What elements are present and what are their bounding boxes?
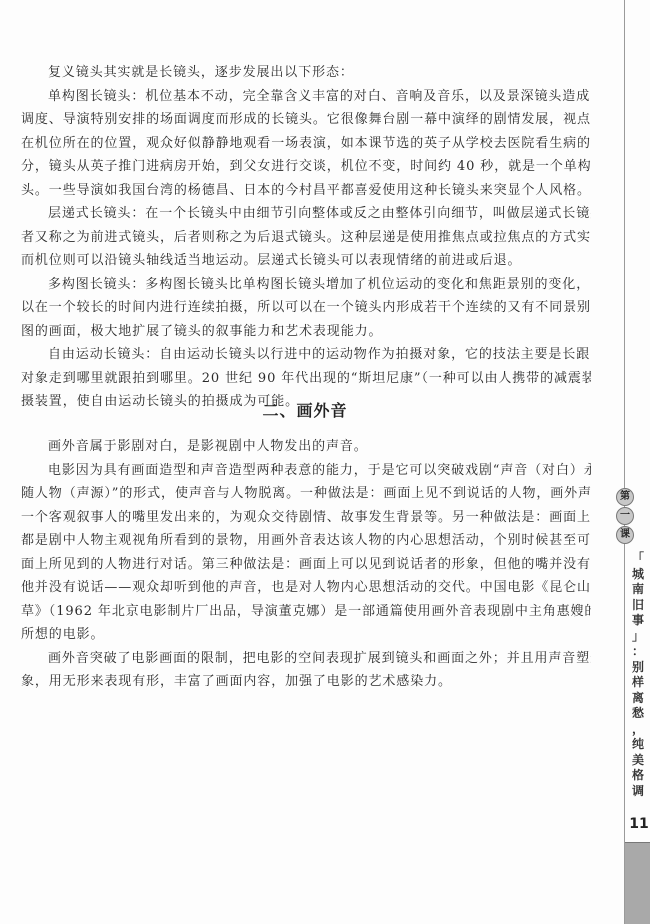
page-number: 11 xyxy=(628,816,650,832)
paragraph-techniques-line: 一个客观叙事人的嘴里发出来的，为观众交待剧情、故事发生背景等。另一种做法是：画面… xyxy=(21,506,591,530)
page-edge-thumb-tab xyxy=(625,842,650,924)
title-char: 「 xyxy=(631,551,645,567)
textbook-page: 复义镜头其实就是长镜头，逐步发展出以下形态： 单构图长镜头：机位基本不动，完全靠… xyxy=(0,0,650,924)
section-heading: 二、画外音 xyxy=(0,398,610,421)
paragraph-techniques-line: 面上所见到的人物进行对话。第三种做法是：画面上可以见到说话者的形象，但他的嘴并没… xyxy=(21,553,591,577)
title-char: 」 xyxy=(631,629,645,645)
paragraph-techniques-line: 电影因为具有画面造型和声音造型两种表意的能力，于是它可以突破戏剧“声音（对白）永… xyxy=(21,459,591,483)
title-char: 调 xyxy=(631,784,645,800)
margin-rule xyxy=(624,0,625,924)
section-offscreen-sound: 画外音属于影剧对白，是影视剧中人物发出的声音。 电影因为具有画面造型和声音造型两… xyxy=(21,435,591,694)
lesson-badge-char: 一 xyxy=(616,507,634,525)
paragraph-conclusion-line: 画外音突破了电影画面的限制，把电影的空间表现扩展到镜头和画面之外；并且用声音塑造… xyxy=(21,647,591,671)
paragraph-techniques-line: 随人物（声源）”的形式，使声音与人物脱离。一种做法是：画面上见不到说话的人物，画… xyxy=(21,482,591,506)
paragraph-techniques-line: 草》（1962 年北京电影制片厂出品，导演董克娜）是一部通篇使用画外音表现剧中主… xyxy=(21,600,591,624)
paragraph-multi-composition-line: 多构图长镜头：多构图长镜头比单构图长镜头增加了机位运动的变化和焦距景别的变化，因… xyxy=(21,273,591,297)
vertical-lesson-title: 「 城 南 旧 事 」 ： 别 样 离 愁 ， 纯 美 格 调 xyxy=(631,551,645,799)
paragraph-single-composition-line: 分，镜头从英子推门进病房开始，到父女进行交谈，机位不变，时间约 40 秒，就是一… xyxy=(21,155,591,179)
paragraph-multi-composition-line: 图的画面，极大地扩展了镜头的叙事能力和艺术表现能力。 xyxy=(21,320,591,344)
paragraph-conclusion-line: 象，用无形来表现有形，丰富了画面内容，加强了电影的艺术感染力。 xyxy=(21,670,591,694)
paragraph-layered-line: 层递式长镜头：在一个长镜头中由细节引向整体或反之由整体引向细节，叫做层递式长镜头… xyxy=(21,202,591,226)
title-char: ， xyxy=(631,722,645,738)
title-char: ： xyxy=(631,644,645,660)
title-char: 美 xyxy=(631,753,645,769)
title-char: 样 xyxy=(631,675,645,691)
paragraph-definition-line: 画外音属于影剧对白，是影视剧中人物发出的声音。 xyxy=(21,435,591,459)
title-char: 事 xyxy=(631,613,645,629)
title-char: 纯 xyxy=(631,737,645,753)
paragraph-free-motion-line: 对象走到哪里就跟拍到哪里。20 世纪 90 年代出现的“斯坦尼康”（一种可以由人… xyxy=(21,367,591,391)
paragraph-single-composition-line: 头。一些导演如我国台湾的杨德昌、日本的今村昌平都喜爱使用这种长镜头来突显个人风格… xyxy=(21,179,591,203)
title-char: 旧 xyxy=(631,598,645,614)
title-char: 格 xyxy=(631,768,645,784)
paragraph-layered-line: 而机位则可以沿镜头轴线适当地运动。层递式长镜头可以表现情绪的前进或后退。 xyxy=(21,249,591,273)
paragraph-single-composition-line: 单构图长镜头：机位基本不动，完全靠含义丰富的对白、音响及音乐，以及景深镜头造成的… xyxy=(21,85,591,109)
paragraph-multi-composition-line: 以在一个较长的时间内进行连续拍摄，所以可以在一个镜头内形成若干个连续的又有不同景… xyxy=(21,296,591,320)
paragraph-techniques-line: 他并没有说话——观众却听到他的声音，也是对人物内心思想活动的交代。中国电影《昆仑… xyxy=(21,576,591,600)
title-char: 别 xyxy=(631,660,645,676)
lesson-badge-char: 第 xyxy=(616,488,634,506)
title-char: 南 xyxy=(631,582,645,598)
paragraph-layered-line: 者又称之为前进式镜头，后者则称之为后退式镜头。这种层递是使用推焦点或拉焦点的方式… xyxy=(21,226,591,250)
paragraph-techniques-line: 所想的电影。 xyxy=(21,623,591,647)
paragraph-techniques-line: 都是剧中人物主观视角所看到的景物，用画外音表达该人物的内心思想活动，个别时候甚至… xyxy=(21,529,591,553)
lesson-badge-char: 课 xyxy=(616,526,634,544)
title-char: 离 xyxy=(631,691,645,707)
paragraph-single-composition-line: 调度、导演特别安排的场面调度而形成的长镜头。它很像舞台剧一幕中演绎的剧情发展，视… xyxy=(21,108,591,132)
paragraph-free-motion-line: 自由运动长镜头：自由运动长镜头以行进中的运动物作为拍摄对象，它的技法主要是长跟：… xyxy=(21,343,591,367)
section-long-take-forms: 复义镜头其实就是长镜头，逐步发展出以下形态： 单构图长镜头：机位基本不动，完全靠… xyxy=(21,61,591,414)
paragraph-intro-line: 复义镜头其实就是长镜头，逐步发展出以下形态： xyxy=(21,61,591,85)
title-char: 城 xyxy=(631,567,645,583)
title-char: 愁 xyxy=(631,706,645,722)
paragraph-single-composition-line: 在机位所在的位置，观众好似静静地观看一场表演，如本课节选的英子从学校去医院看生病… xyxy=(21,132,591,156)
